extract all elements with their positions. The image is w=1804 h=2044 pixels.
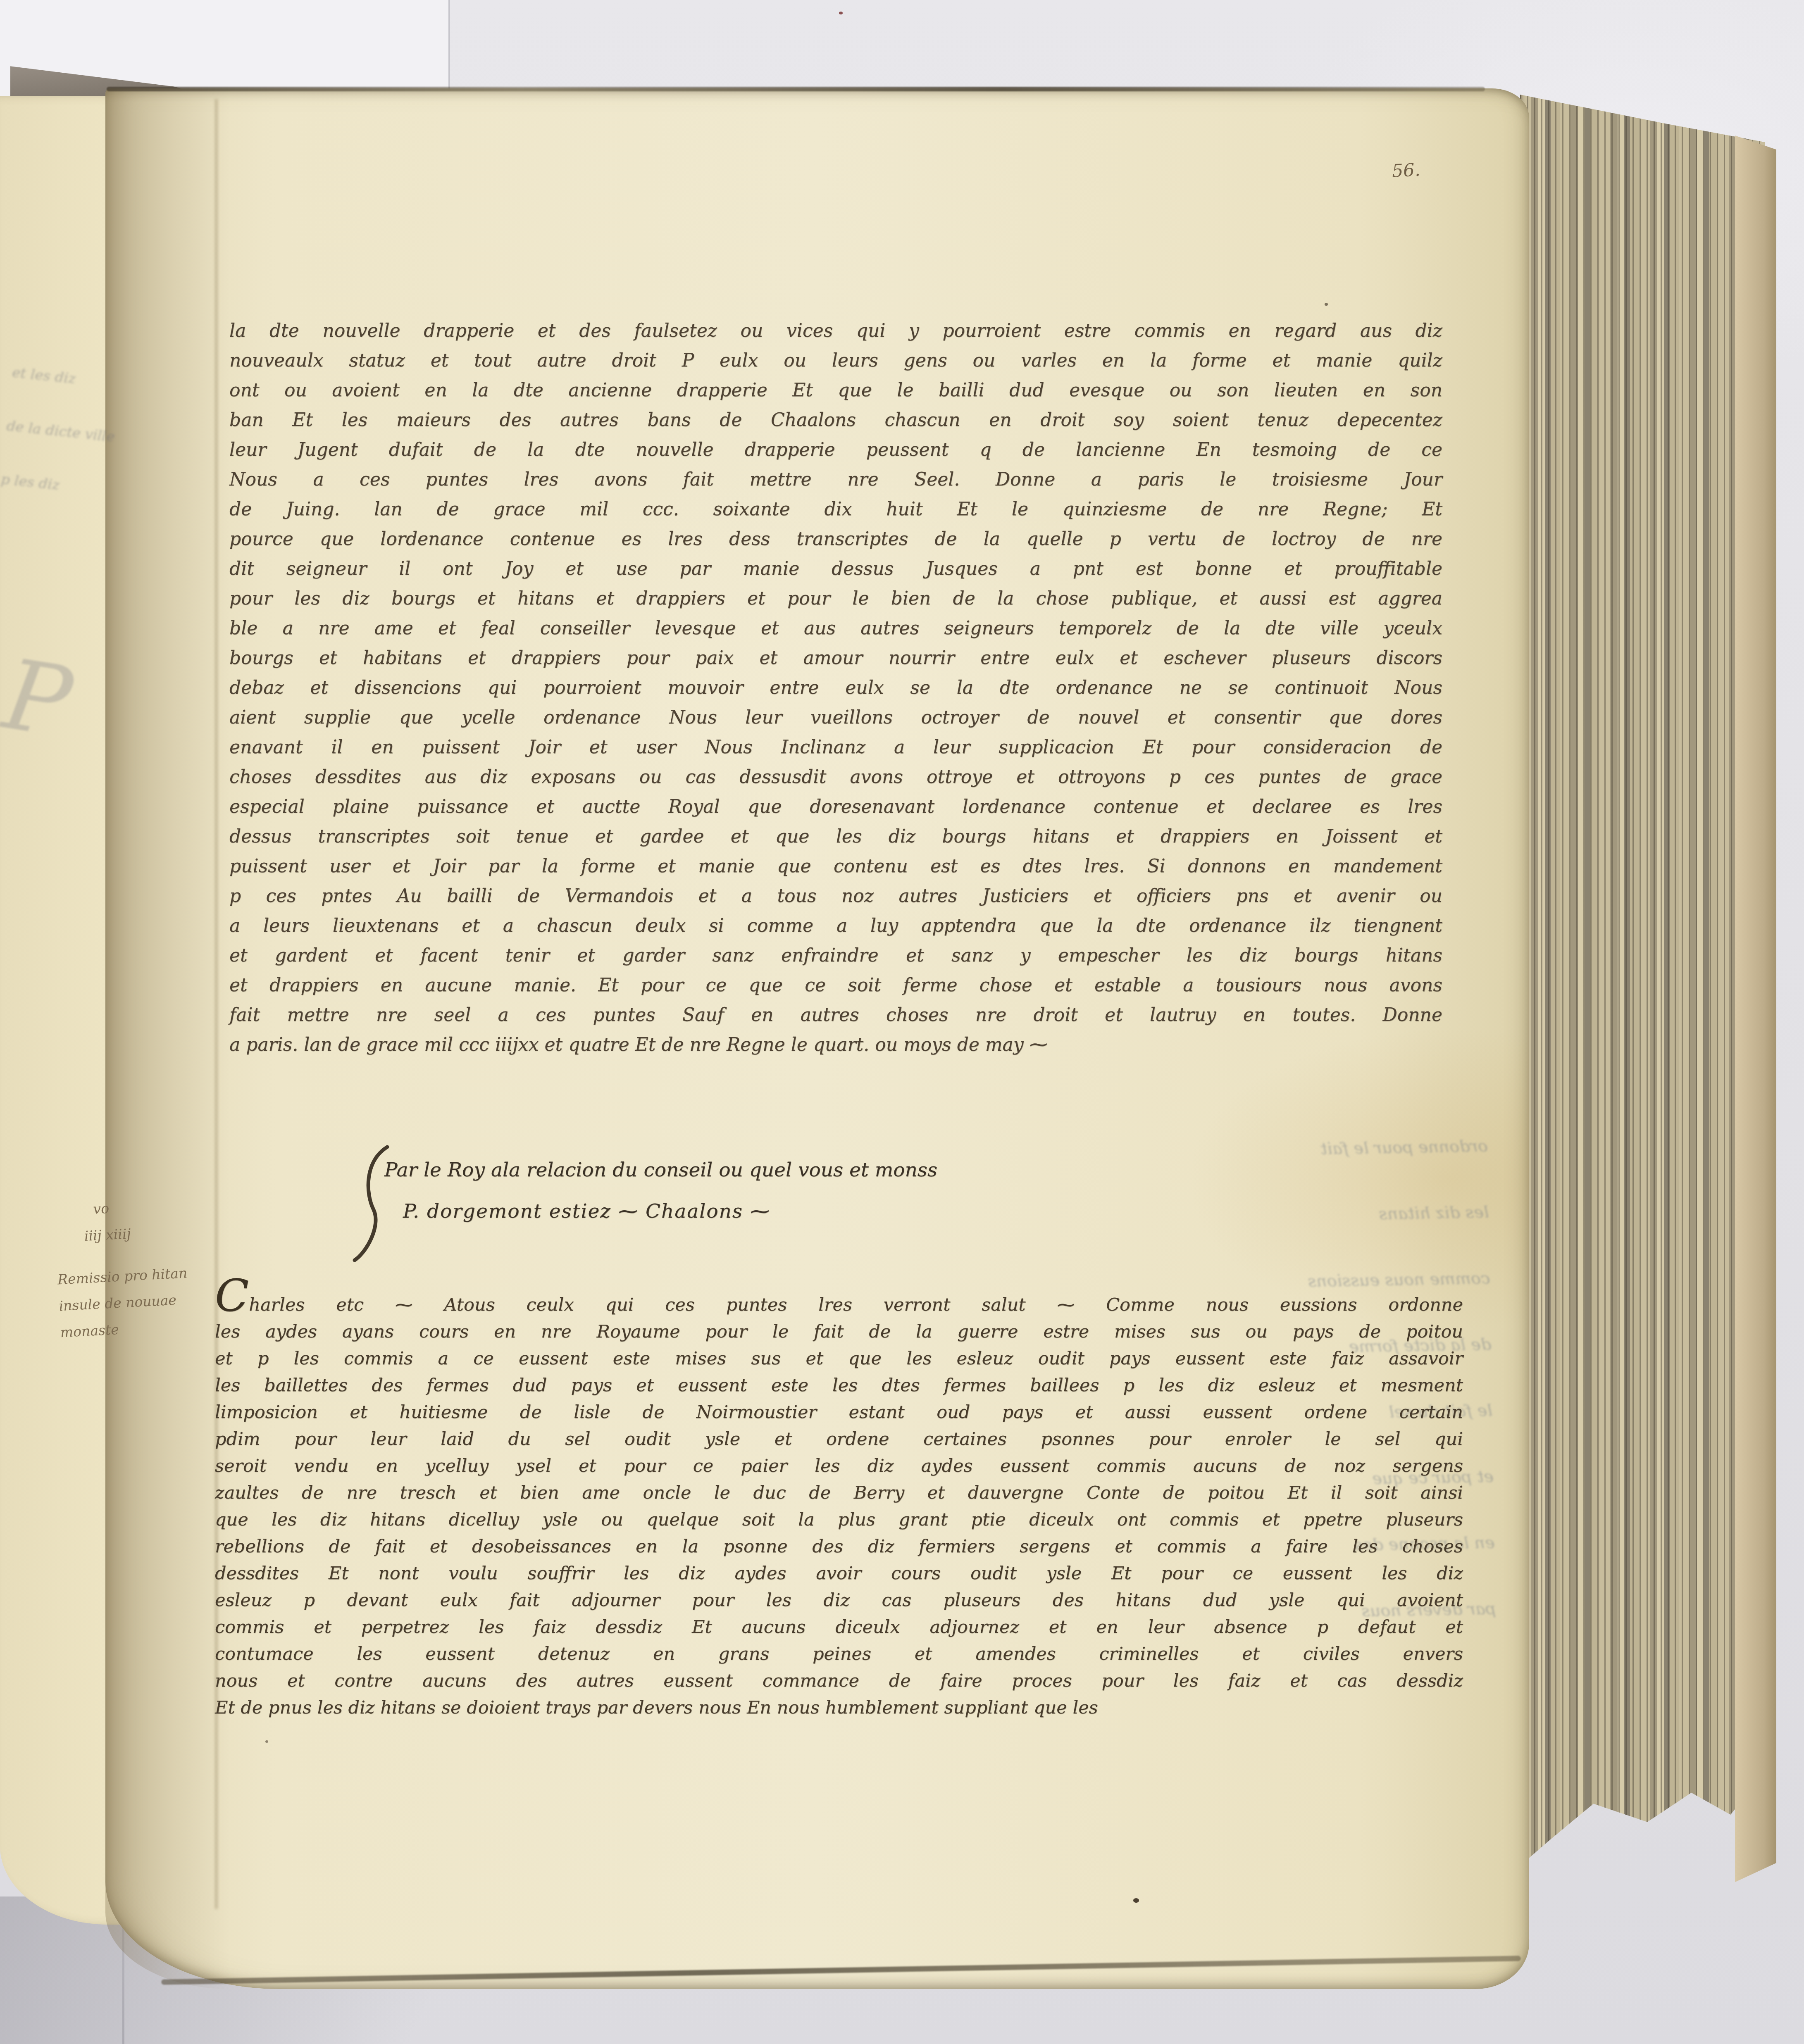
manuscript-line: leur Jugent dufait de la dte nouvelle dr… <box>229 435 1442 465</box>
manuscript-line: zaultes de nre tresch et bien ame oncle … <box>215 1480 1463 1506</box>
manuscript-line: rebellions de fait et desobeissances en … <box>215 1533 1463 1560</box>
text-block-charter-2: Charles etc ⁓ Atous ceulx qui ces puntes… <box>215 1280 1463 1721</box>
manuscript-line: Nous a ces puntes lres avons fait mettre… <box>229 465 1442 495</box>
bleedthrough-line: ordonne pour le fait <box>1180 1113 1489 1185</box>
manuscript-line: choses dessdites aus diz exposans ou cas… <box>229 762 1442 792</box>
folio-number: 56. <box>1392 159 1421 182</box>
heading-block: Par le Roy ala relacion du conseil ou qu… <box>384 1149 1108 1232</box>
heading-flourish-stroke <box>355 1147 387 1260</box>
ink-speck <box>1325 303 1328 306</box>
manuscript-line: de Juing. lan de grace mil ccc. soixante… <box>229 495 1442 524</box>
heading-line: P. dorgemont estiez ⁓ Chaalons ⁓ <box>403 1191 1108 1232</box>
ink-speck <box>265 1740 268 1743</box>
table-seam-top <box>448 0 450 97</box>
fore-edge-page-stack <box>1520 82 1765 1910</box>
manuscript-line: pour les diz bourgs et hitans et drappie… <box>229 584 1442 614</box>
manuscript-line: Charles etc ⁓ Atous ceulx qui ces puntes… <box>215 1280 1463 1318</box>
back-cover-edge <box>1735 136 1776 1887</box>
bleedthrough-line: les diz hitans <box>1181 1179 1490 1251</box>
margin-note: voiiij xiiijRemissio pro hitaninsule de … <box>53 1189 243 1346</box>
manuscript-line: que les diz hitans dicelluy ysle ou quel… <box>215 1506 1463 1533</box>
ink-speck <box>839 12 843 14</box>
ink-speck <box>1133 1898 1139 1903</box>
manuscript-line: a paris. lan de grace mil ccc iiijxx et … <box>229 1030 1442 1060</box>
manuscript-line: et drappiers en aucune manie. Et pour ce… <box>229 971 1442 1000</box>
manuscript-line: et gardent et facent tenir et garder san… <box>229 941 1442 971</box>
manuscript-line: pdim pour leur laid du sel oudit ysle et… <box>215 1426 1463 1453</box>
manuscript-line: enavant il en puissent Joir et user Nous… <box>229 733 1442 762</box>
manuscript-line: dessdites Et nont voulu souffrir les diz… <box>215 1560 1463 1587</box>
manuscript-line: bourgs et habitans et drappiers pour pai… <box>229 643 1442 673</box>
manuscript-line: la dte nouvelle drapperie et des faulset… <box>229 316 1442 346</box>
manuscript-line: fait mettre nre seel a ces puntes Sauf e… <box>229 1000 1442 1030</box>
manuscript-line: dit seigneur il ont Joy et use par manie… <box>229 554 1442 584</box>
manuscript-line: dessus transcriptes soit tenue et gardee… <box>229 822 1442 852</box>
manuscript-line: ban Et les maieurs des autres bans de Ch… <box>229 405 1442 435</box>
manuscript-line: contumace les eussent detenuz en grans p… <box>215 1641 1463 1668</box>
manuscript-line: les aydes ayans cours en nre Royaume pou… <box>215 1318 1463 1345</box>
manuscript-line: pource que lordenance contenue es lres d… <box>229 524 1442 554</box>
manuscript-line: puissent user et Joir par la forme et ma… <box>229 852 1442 881</box>
manuscript-line: les baillettes des fermes dud pays et eu… <box>215 1372 1463 1399</box>
manuscript-line: nouveaulx statuz et tout autre droit P e… <box>229 346 1442 376</box>
heading-line: Par le Roy ala relacion du conseil ou qu… <box>384 1149 1108 1191</box>
manuscript-line: commis et perpetrez les faiz dessdiz Et … <box>215 1614 1463 1641</box>
page-top-edge <box>107 87 1485 91</box>
manuscript-line: seroit vendu en ycelluy ysel et pour ce … <box>215 1453 1463 1480</box>
manuscript-line: Et de pnus les diz hitans se doioient tr… <box>215 1694 1463 1721</box>
manuscript-line: et p les commis a ce eussent este mises … <box>215 1345 1463 1372</box>
manuscript-line: limposicion et huitiesme de lisle de Noi… <box>215 1399 1463 1426</box>
manuscript-line: nous et contre aucuns des autres eussent… <box>215 1668 1463 1694</box>
manuscript-line: aient supplie que ycelle ordenance Nous … <box>229 703 1442 733</box>
bleedthrough-under-page: et les dizde la dicte villep les diz <box>0 346 167 522</box>
manuscript-line: p ces pntes Au bailli de Vermandois et a… <box>229 881 1442 911</box>
manuscript-line: ble a nre ame et feal conseiller levesqu… <box>229 614 1442 643</box>
text-block-charter-1: la dte nouvelle drapperie et des faulset… <box>229 316 1442 1060</box>
manuscript-photo-scene: et les dizde la dicte villep les diz P o… <box>0 0 1804 2044</box>
manuscript-line: ont ou avoient en la dte ancienne drappe… <box>229 376 1442 405</box>
manuscript-line: especial plaine puissance et auctte Roya… <box>229 792 1442 822</box>
manuscript-line: debaz et dissencions qui pourroient mouv… <box>229 673 1442 703</box>
manuscript-line: a leurs lieuxtenans et a chascun deulx s… <box>229 911 1442 941</box>
manuscript-line: esleuz p devant eulx fait adjourner pour… <box>215 1587 1463 1614</box>
